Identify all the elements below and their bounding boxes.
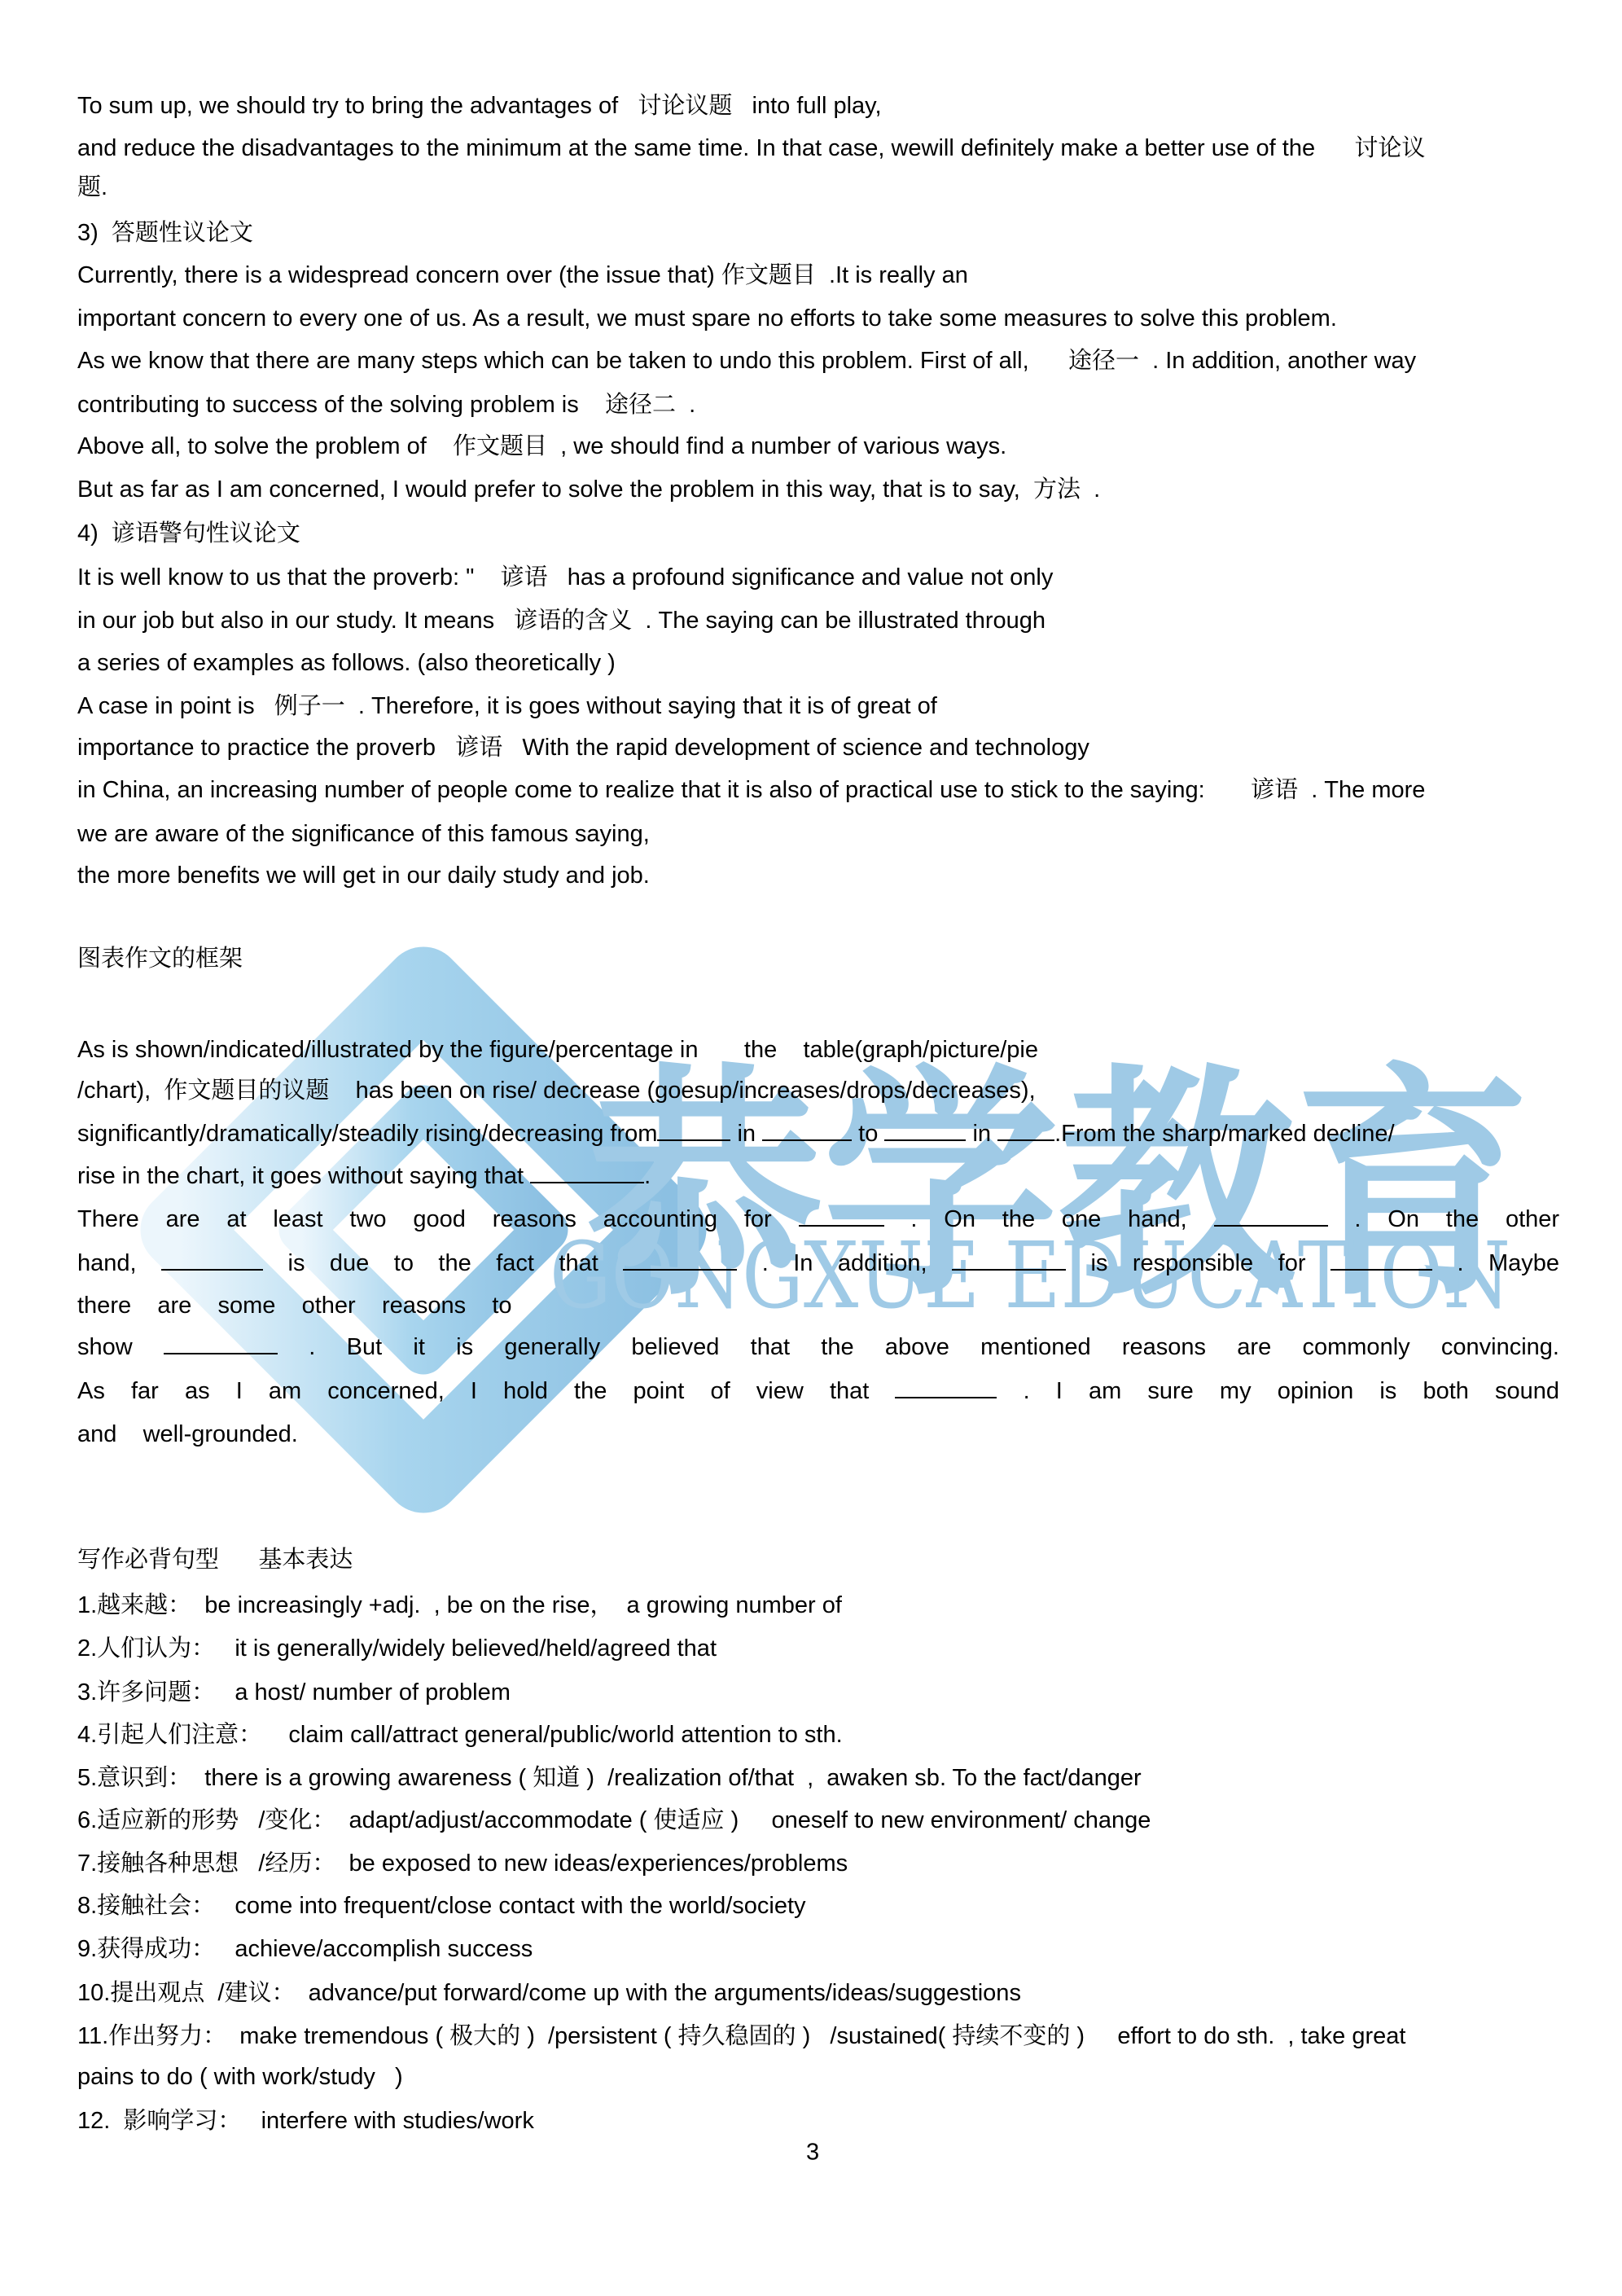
text-segment: . xyxy=(644,1163,651,1189)
text-segment: rise in the chart, it goes without sayin… xyxy=(77,1163,530,1189)
paragraph-line: we are aware of the significance of this… xyxy=(77,819,650,849)
expression-item: 9.获得成功： achieve/accomplish success xyxy=(77,1934,533,1964)
fill-in-blank xyxy=(161,1249,263,1271)
paragraph-line: contributing to success of the solving p… xyxy=(77,390,695,419)
paragraph-line: A case in point is 例子一 . Therefore, it i… xyxy=(77,691,937,721)
fill-in-blank xyxy=(952,1249,1066,1271)
expression-item: pains to do ( with work/study ) xyxy=(77,2062,403,2092)
expression-item: 6.适应新的形势 /变化： adapt/adjust/accommodate (… xyxy=(77,1806,1151,1835)
template-line: and well-grounded. xyxy=(77,1420,298,1449)
fill-in-blank xyxy=(997,1120,1054,1141)
template-line: There are at least two good reasons acco… xyxy=(77,1205,1559,1234)
paragraph-line: Above all, to solve the problem of 作文题目 … xyxy=(77,432,1006,461)
paragraph-line: important concern to every one of us. As… xyxy=(77,304,1337,333)
expression-item: 12. 影响学习： interfere with studies/work xyxy=(77,2106,534,2136)
template-line: show . But it is generally believed that… xyxy=(77,1332,1559,1362)
expression-item: 10.提出观点 /建议： advance/put forward/come up… xyxy=(77,1978,1021,2008)
expression-item: 5.意识到： there is a growing awareness ( 知道… xyxy=(77,1763,1142,1793)
fill-in-blank xyxy=(164,1333,278,1354)
template-line: rise in the chart, it goes without sayin… xyxy=(77,1161,651,1191)
text-segment: significantly/dramatically/steadily risi… xyxy=(77,1121,657,1147)
fill-in-blank xyxy=(799,1205,884,1227)
text-segment: in xyxy=(966,1121,997,1147)
fill-in-blank xyxy=(530,1162,644,1183)
text-segment: hand, xyxy=(77,1250,137,1276)
text-segment: . On the other xyxy=(1354,1206,1559,1232)
text-segment: . On the one hand, xyxy=(910,1206,1186,1232)
paragraph-line: the more benefits we will get in our dai… xyxy=(77,861,650,890)
template-line: /chart), 作文题目的议题 has been on rise/ decre… xyxy=(77,1076,1036,1105)
paragraph-line: But as far as I am concerned, I would pr… xyxy=(77,475,1100,504)
fill-in-blank xyxy=(623,1249,737,1271)
paragraph-line: As we know that there are many steps whi… xyxy=(77,346,1416,375)
text-segment: . In addition, xyxy=(762,1250,927,1276)
paragraph-line: a series of examples as follows. (also t… xyxy=(77,648,616,678)
expression-item: 11.作出努力： make tremendous ( 极大的 ) /persis… xyxy=(77,2022,1405,2051)
text-segment: . Maybe xyxy=(1457,1250,1559,1276)
text-segment: show xyxy=(77,1334,133,1360)
text-segment: is responsible for xyxy=(1090,1250,1305,1276)
paragraph-line: importance to practice the proverb 谚语 Wi… xyxy=(77,733,1089,762)
paragraph-line: To sum up, we should try to bring the ad… xyxy=(77,91,882,121)
text-segment: There are at least two good reasons acco… xyxy=(77,1206,772,1232)
paragraph-line: 题. xyxy=(77,173,107,202)
text-segment: in xyxy=(730,1121,762,1147)
text-segment: to xyxy=(852,1121,884,1147)
text-segment: is due to the fact that xyxy=(288,1250,598,1276)
fill-in-blank xyxy=(1214,1205,1328,1227)
paragraph-line: and reduce the disadvantages to the mini… xyxy=(77,134,1425,163)
paragraph-line: It is well know to us that the proverb: … xyxy=(77,563,1053,592)
fill-in-blank xyxy=(895,1377,997,1398)
template-line: As far as I am concerned, I hold the poi… xyxy=(77,1376,1559,1406)
text-segment: . But it is generally believed that the … xyxy=(309,1334,1559,1360)
expression-item: 8.接触社会： come into frequent/close contact… xyxy=(77,1891,806,1921)
expression-item: 7.接触各种思想 /经历： be exposed to new ideas/ex… xyxy=(77,1849,848,1878)
template-line: hand, is due to the fact that . In addit… xyxy=(77,1249,1559,1278)
text-segment: .From the sharp/marked decline/ xyxy=(1054,1121,1394,1147)
paragraph-line: Currently, there is a widespread concern… xyxy=(77,261,968,290)
section-heading: 图表作文的框架 xyxy=(77,944,243,973)
expression-item: 2.人们认为： it is generally/widely believed/… xyxy=(77,1634,717,1663)
fill-in-blank xyxy=(1330,1249,1432,1271)
section-heading: 写作必背句型 基本表达 xyxy=(77,1545,353,1574)
expression-item: 4.引起人们注意： claim call/attract general/pub… xyxy=(77,1720,843,1749)
fill-in-blank xyxy=(657,1120,730,1141)
page-number: 3 xyxy=(806,2140,819,2166)
text-segment: As far as I am concerned, I hold the poi… xyxy=(77,1378,869,1404)
expression-item: 1.越来越： be increasingly +adj. , be on the… xyxy=(77,1591,842,1620)
template-line: significantly/dramatically/steadily risi… xyxy=(77,1119,1395,1148)
paragraph-line: in China, an increasing number of people… xyxy=(77,775,1425,805)
fill-in-blank xyxy=(762,1120,852,1141)
text-segment: . I am sure my opinion is both sound xyxy=(1024,1378,1559,1404)
paragraph-line: 4) 谚语警句性议论文 xyxy=(77,519,300,548)
template-line: As is shown/indicated/illustrated by the… xyxy=(77,1035,1038,1065)
expression-item: 3.许多问题： a host/ number of problem xyxy=(77,1678,511,1707)
template-line: there are some other reasons to xyxy=(77,1291,512,1320)
paragraph-line: 3) 答题性议论文 xyxy=(77,218,253,248)
paragraph-line: in our job but also in our study. It mea… xyxy=(77,606,1046,635)
fill-in-blank xyxy=(884,1120,966,1141)
